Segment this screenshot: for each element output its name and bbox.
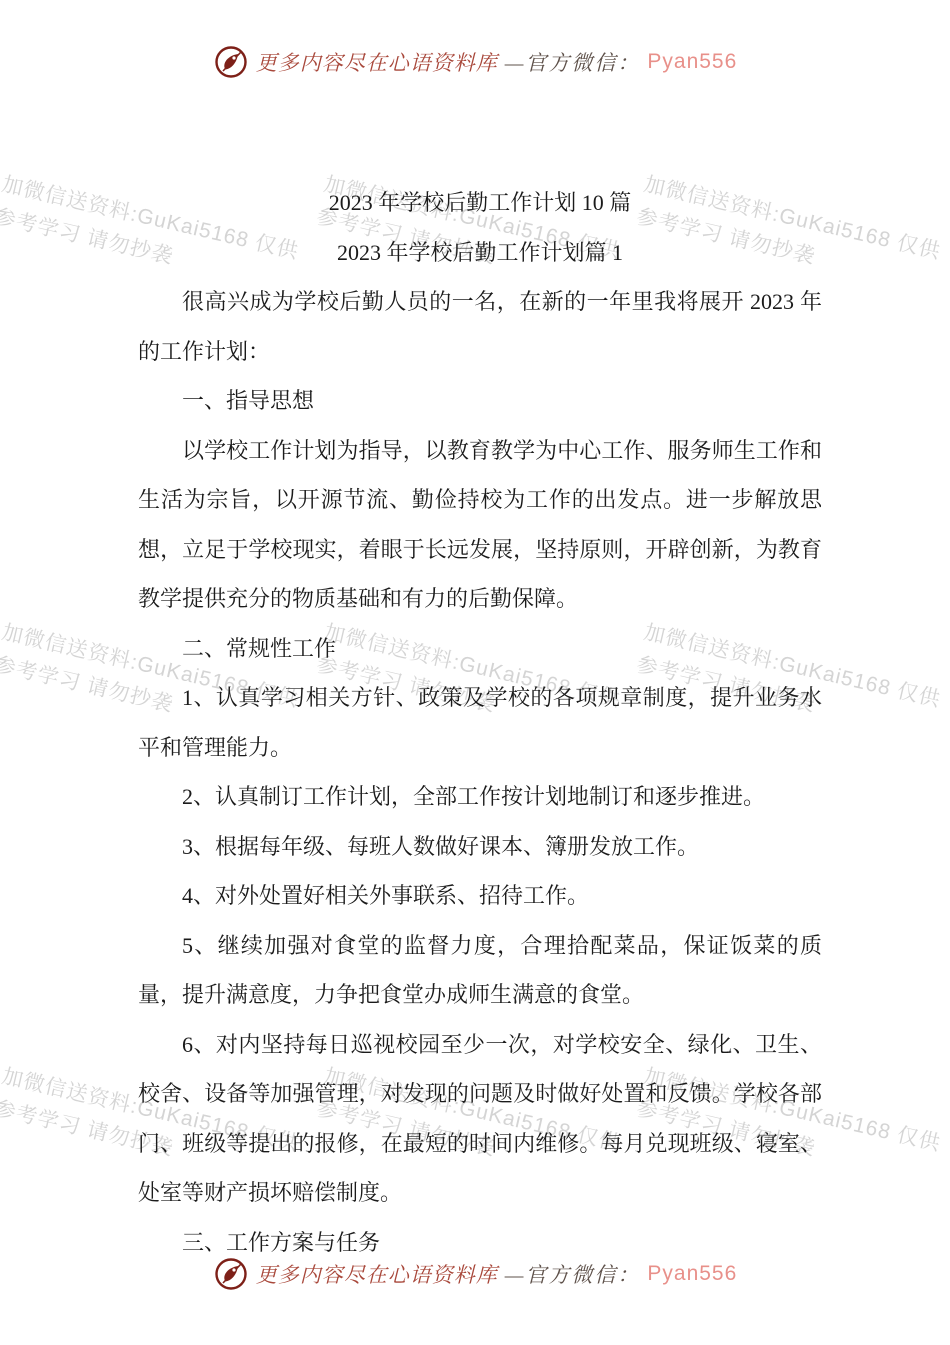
brand-logo-icon xyxy=(213,44,249,80)
brand-wechat-label: —官方微信： xyxy=(505,1259,641,1289)
paragraph-intro: 很高兴成为学校后勤人员的一名，在新的一年里我将展开 2023 年的工作计划： xyxy=(138,277,822,376)
brand-site-text: 更多内容尽在心语资料库 xyxy=(256,47,498,77)
paragraph-guiding-ideology: 以学校工作计划为指导，以教育教学为中心工作、服务师生工作和生活为宗旨，以开源节流… xyxy=(138,426,822,624)
brand-wechat-label: —官方微信： xyxy=(505,47,641,77)
list-item-6: 6、对内坚持每日巡视校园至少一次，对学校安全、绿化、卫生、校舍、设备等加强管理，… xyxy=(138,1020,822,1218)
list-item-4: 4、对外处置好相关外事联系、招待工作。 xyxy=(138,871,822,921)
brand-site-text: 更多内容尽在心语资料库 xyxy=(256,1259,498,1289)
brand-wechat-id: Pyan556 xyxy=(647,1262,737,1286)
page-footer: 更多内容尽在心语资料库—官方微信：Pyan556 xyxy=(0,1256,950,1292)
list-item-3: 3、根据每年级、每班人数做好课本、簿册发放工作。 xyxy=(138,822,822,872)
section-heading-1: 一、指导思想 xyxy=(138,376,822,426)
list-item-5: 5、继续加强对食堂的监督力度，合理拾配菜品，保证饭菜的质量，提升满意度，力争把食… xyxy=(138,921,822,1020)
page-header: 更多内容尽在心语资料库—官方微信：Pyan556 xyxy=(0,44,950,80)
document-content: 2023 年学校后勤工作计划 10 篇 2023 年学校后勤工作计划篇 1 很高… xyxy=(138,178,822,1267)
document-subtitle: 2023 年学校后勤工作计划篇 1 xyxy=(138,228,822,278)
section-heading-2: 二、常规性工作 xyxy=(138,624,822,674)
list-item-1: 1、认真学习相关方针、政策及学校的各项规章制度，提升业务水平和管理能力。 xyxy=(138,673,822,772)
brand-logo-icon xyxy=(213,1256,249,1292)
document-title: 2023 年学校后勤工作计划 10 篇 xyxy=(138,178,822,228)
document-page: 加微信送资料:GuKai5168 仅供参考学习 请勿抄袭 加微信送资料:GuKa… xyxy=(0,0,950,1345)
brand-wechat-id: Pyan556 xyxy=(647,50,737,74)
list-item-2: 2、认真制订工作计划，全部工作按计划地制订和逐步推进。 xyxy=(138,772,822,822)
